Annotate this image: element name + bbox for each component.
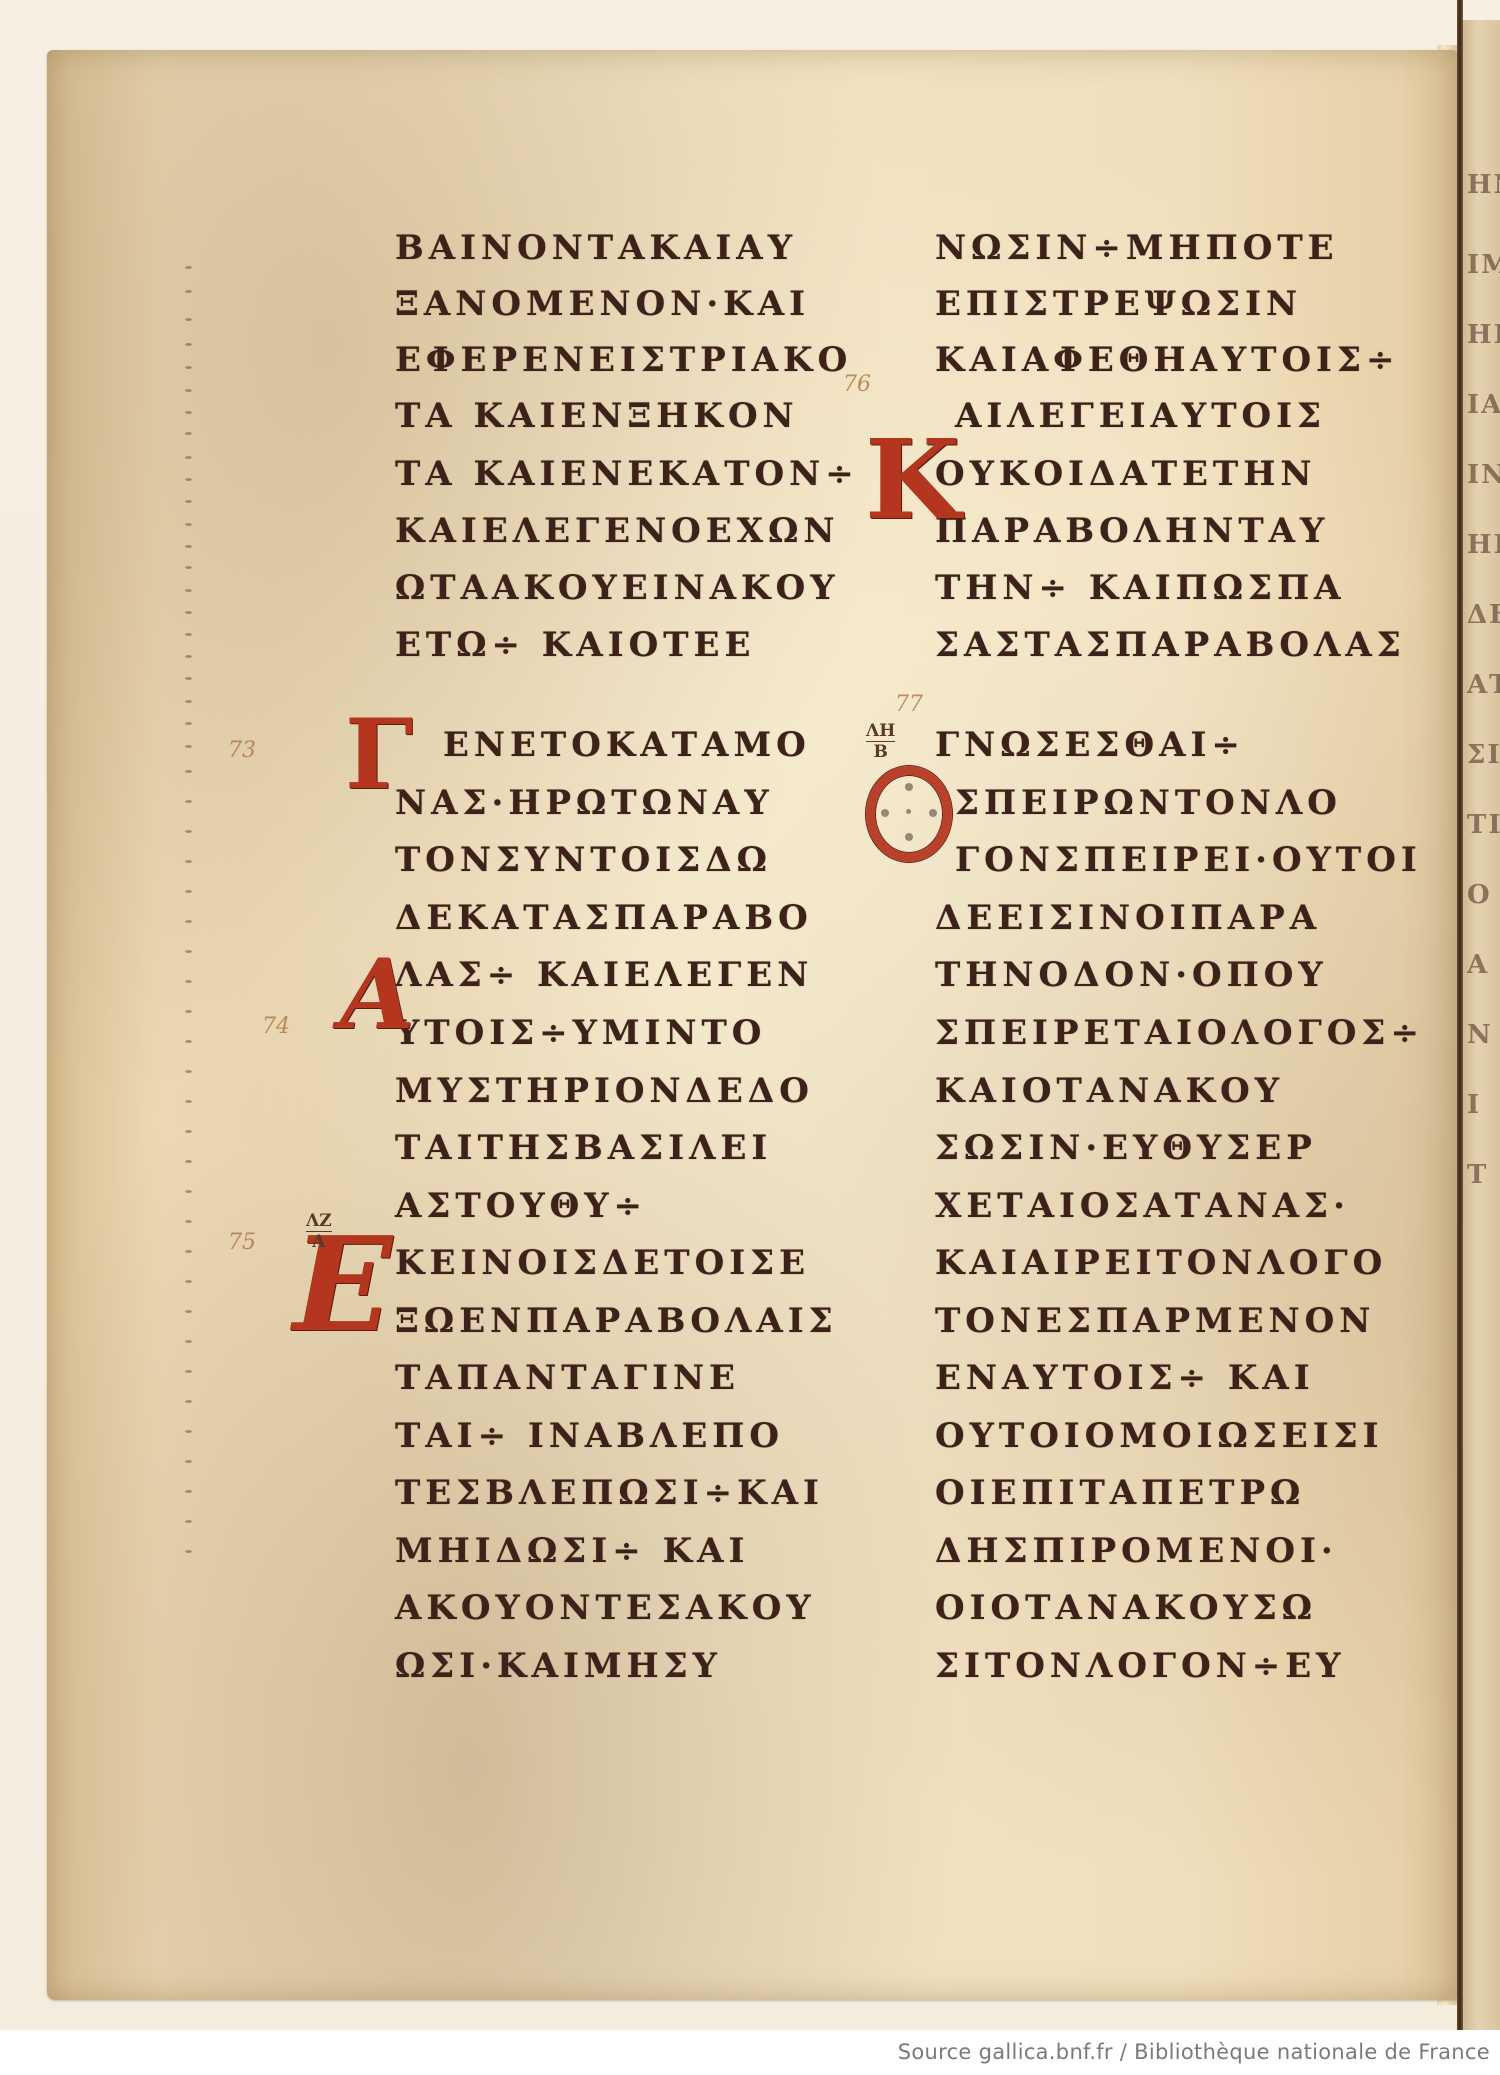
text-line: ΤΑΙΤΗΣΒΑΣΙΛΕΙ: [395, 1128, 772, 1168]
text-line: ΤΟΝΕΣΠΑΡΜΕΝΟΝ: [935, 1301, 1375, 1341]
section-number: ΛΗ Β: [866, 722, 895, 761]
rubric-initial-omicron: [866, 766, 952, 862]
text-line: ΑΣΤΟΥΘΥ÷: [395, 1186, 647, 1226]
text-line: ΜΥΣΤΗΡΙΟΝΔΕΔΟ: [395, 1071, 814, 1111]
text-line: ΚΑΙΕΛΕΓΕΝΟΕΧΩΝ: [395, 511, 839, 551]
text-line: ΤΑΙ÷ ΙΝΑΒΛΕΠΟ: [395, 1416, 784, 1456]
rubric-initial-alpha: Α: [340, 938, 414, 1051]
text-line: ΣΠΕΙΡΕΤΑΙΟΛΟΓΟΣ÷: [935, 1013, 1424, 1053]
text-line: ΜΗΙΔΩΣΙ÷ ΚΑΙ: [395, 1531, 749, 1571]
text-line: ΞΑΝΟΜΕΝΟΝ·ΚΑΙ: [395, 284, 810, 324]
rubric-initial-kappa: Κ: [865, 415, 961, 544]
text-line: ΚΕΙΝΟΙΣΔΕΤΟΙΣΕ: [395, 1243, 810, 1283]
text-line: ΚΑΙΑΙΡΕΙΤΟΝΛΟΓΟ: [935, 1243, 1387, 1283]
facing-text: ΙΝ: [1467, 460, 1500, 490]
text-line: ΤΗΝΟΔΟΝ·ΟΠΟΥ: [935, 955, 1328, 995]
text-line: ΣΠΕΙΡΩΝΤΟΝΛΟ: [955, 783, 1342, 823]
text-line: ΕΠΙΣΤΡΕΨΩΣΙΝ: [935, 284, 1302, 324]
facing-text: ΙΑ: [1467, 390, 1500, 420]
text-line: ΛΑΣ÷ ΚΑΙΕΛΕΓΕΝ: [395, 955, 813, 995]
facing-text: Τ: [1467, 1160, 1488, 1190]
text-line: ΤΟΝΣΥΝΤΟΙΣΔΩ: [395, 840, 772, 880]
facing-page-edge: ΗΝ ΙΜ ΗΙ ΙΑ ΙΝ ΗΗ ΔΗ ΑΤ ΣΙ ΤΙ Ο Α Ν Ι Τ: [1463, 20, 1500, 2030]
facing-text: ΙΜ: [1467, 250, 1500, 280]
text-line: ΟΥΚΟΙΔΑΤΕΤΗΝ: [935, 454, 1316, 494]
text-line: ΣΙΤΟΝΛΟΓΟΝ÷ΕΥ: [935, 1646, 1345, 1686]
facing-text: ΣΙ: [1467, 740, 1500, 770]
margin-numeral: 73: [228, 738, 256, 763]
text-line: ΩΣΙ·ΚΑΙΜΗΣΥ: [395, 1646, 722, 1686]
facing-text: ΑΤ: [1467, 670, 1500, 700]
text-line: ΞΩΕΝΠΑΡΑΒΟΛΑΙΣ: [395, 1301, 838, 1341]
text-line: ΟΙΟΤΑΝΑΚΟΥΣΩ: [935, 1588, 1317, 1628]
margin-numeral: 77: [895, 692, 923, 717]
section-number: ΛΖ Α: [306, 1212, 332, 1251]
text-line: ΓΝΩΣΕΣΘΑΙ÷: [935, 725, 1245, 765]
text-line: ΕΤΩ÷ ΚΑΙΟΤΕΕ: [395, 625, 755, 665]
text-line: ΩΤΑΑΚΟΥΕΙΝΑΚΟΥ: [395, 568, 839, 608]
margin-numeral: 76: [843, 372, 871, 397]
text-line: ΤΕΣΒΛΕΠΩΣΙ÷ΚΑΙ: [395, 1473, 824, 1513]
text-line: ΔΕΚΑΤΑΣΠΑΡΑΒΟ: [395, 898, 813, 938]
text-line: ΠΑΡΑΒΟΛΗΝΤΑΥ: [935, 511, 1329, 551]
binding-gutter: [1457, 0, 1463, 2030]
text-line: ΑΙΛΕΓΕΙΑΥΤΟΙΣ: [955, 396, 1326, 436]
facing-text: Α: [1467, 950, 1489, 980]
facing-text: Ι: [1467, 1090, 1481, 1120]
text-line: ΤΑ ΚΑΙΕΝΕΚΑΤΟΝ÷: [395, 454, 859, 494]
text-line: ΤΑ ΚΑΙΕΝΞΗΚΟΝ: [395, 396, 799, 436]
text-line: ΣΩΣΙΝ·ΕΥΘΥΣΕΡ: [935, 1128, 1317, 1168]
text-line: ΒΑΙΝΟΝΤΑΚΑΙΑΥ: [395, 228, 797, 268]
facing-text: Ν: [1467, 1020, 1493, 1050]
credit-footer: Source gallica.bnf.fr / Bibliothèque nat…: [0, 2030, 1500, 2075]
text-line: ΕΦΕΡΕΝΕΙΣΤΡΙΑΚΟ: [395, 340, 852, 380]
text-line: ΥΤΟΙΣ÷ΥΜΙΝΤΟ: [395, 1013, 766, 1053]
margin-numeral: 74: [262, 1014, 290, 1039]
facing-text: ΤΙ: [1467, 810, 1500, 840]
text-line: ΤΑΠΑΝΤΑΓΙΝΕ: [395, 1358, 740, 1398]
text-line: ΣΑΣΤΑΣΠΑΡΑΒΟΛΑΣ: [935, 625, 1406, 665]
text-line: ΚΑΙΟΤΑΝΑΚΟΥ: [935, 1071, 1284, 1111]
facing-text: ΗΗ: [1467, 530, 1500, 560]
facing-text: ΗΙ: [1467, 320, 1500, 350]
text-line: ΤΗΝ÷ ΚΑΙΠΩΣΠΑ: [935, 568, 1346, 608]
text-line: ΕΝΑΥΤΟΙΣ÷ ΚΑΙ: [935, 1358, 1315, 1398]
facing-text: Ο: [1467, 880, 1492, 910]
facing-text: ΗΝ: [1467, 170, 1500, 200]
text-line: ΚΑΙΑΦΕΘΗΑΥΤΟΙΣ÷: [935, 340, 1400, 380]
margin-numeral: 75: [228, 1230, 256, 1255]
text-line: ΧΕΤΑΙΟΣΑΤΑΝΑΣ·: [935, 1186, 1350, 1226]
source-credit: Source gallica.bnf.fr / Bibliothèque nat…: [898, 2040, 1490, 2064]
text-line: ΑΚΟΥΟΝΤΕΣΑΚΟΥ: [395, 1588, 816, 1628]
text-line: ΕΝΕΤΟΚΑΤΑΜΟ: [443, 725, 811, 765]
text-line: ΟΙΕΠΙΤΑΠΕΤΡΩ: [935, 1473, 1305, 1513]
text-line: ΟΥΤΟΙΟΜΟΙΩΣΕΙΣΙ: [935, 1416, 1384, 1456]
rubric-initial-gamma: Γ: [345, 698, 413, 811]
text-line: ΔΕΕΙΣΙΝΟΙΠΑΡΑ: [935, 898, 1321, 938]
text-line: ΓΟΝΣΠΕΙΡΕΙ·ΟΥΤΟΙ: [955, 840, 1422, 880]
text-line: ΔΗΣΠΙΡΟΜΕΝΟΙ·: [935, 1531, 1338, 1571]
facing-text: ΔΗ: [1467, 600, 1500, 630]
text-line: ΝΩΣΙΝ÷ΜΗΠΟΤΕ: [935, 228, 1339, 268]
text-line: ΝΑΣ·ΗΡΩΤΩΝΑΥ: [395, 783, 774, 823]
